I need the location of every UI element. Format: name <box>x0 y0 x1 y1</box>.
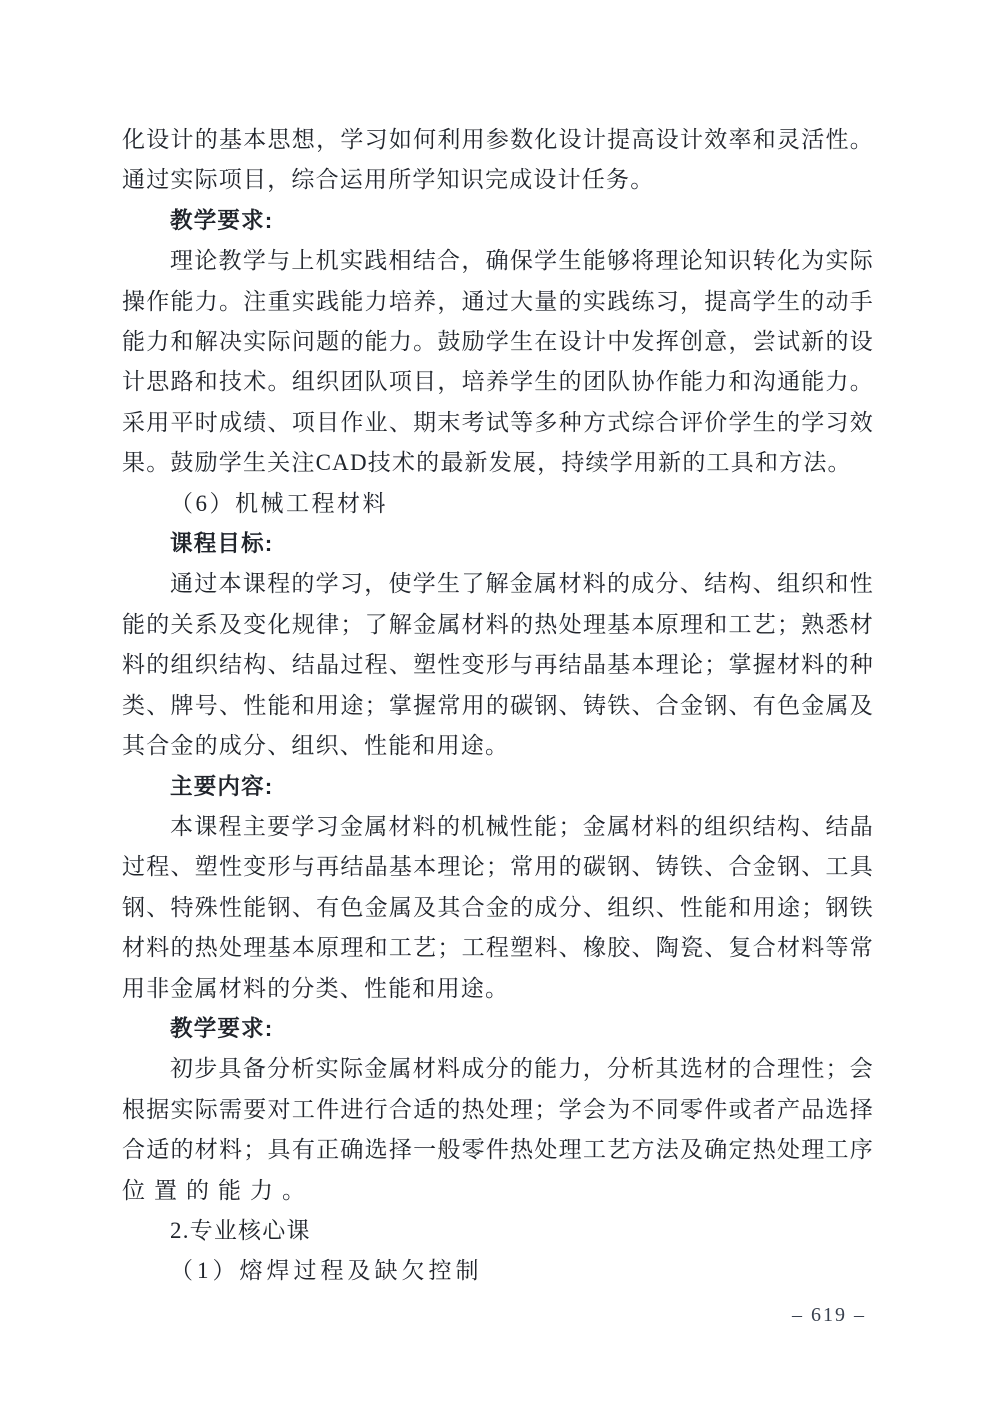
text-line: 通过本课程的学习，使学生了解金属材料的成分、结构、组织和性 <box>122 564 874 604</box>
text-line: 操作能力。注重实践能力培养，通过大量的实践练习，提高学生的动手 <box>122 282 874 322</box>
text-line: 本课程主要学习金属材料的机械性能；金属材料的组织结构、结晶 <box>122 807 874 847</box>
text-line: 材料的热处理基本原理和工艺；工程塑料、橡胶、陶瓷、复合材料等常 <box>122 928 874 968</box>
text-line: 化设计的基本思想，学习如何利用参数化设计提高设计效率和灵活性。 <box>122 120 874 160</box>
text-line: 通过实际项目，综合运用所学知识完成设计任务。 <box>122 160 874 200</box>
text-line: 初步具备分析实际金属材料成分的能力，分析其选材的合理性；会 <box>122 1049 874 1089</box>
text-line: 用非金属材料的分类、性能和用途。 <box>122 969 874 1009</box>
section-heading-line: 教学要求: <box>122 201 874 241</box>
text-line: 合适的材料；具有正确选择一般零件热处理工艺方法及确定热处理工序 <box>122 1130 874 1170</box>
page-number: – 619 – <box>792 1300 866 1330</box>
text-line: 能的关系及变化规律；了解金属材料的热处理基本原理和工艺；熟悉材 <box>122 605 874 645</box>
text-line: 类、牌号、性能和用途；掌握常用的碳钢、铸铁、合金钢、有色金属及 <box>122 686 874 726</box>
text-line: （1）熔焊过程及缺欠控制 <box>122 1251 874 1291</box>
text-line: 位置的能力。 <box>122 1171 874 1211</box>
text-line: 计思路和技术。组织团队项目，培养学生的团队协作能力和沟通能力。 <box>122 362 874 402</box>
text-line: 其合金的成分、组织、性能和用途。 <box>122 726 874 766</box>
text-line: 过程、塑性变形与再结晶基本理论；常用的碳钢、铸铁、合金钢、工具 <box>122 847 874 887</box>
section-heading-line: 主要内容: <box>122 767 874 807</box>
document-page: 化设计的基本思想，学习如何利用参数化设计提高设计效率和灵活性。通过实际项目，综合… <box>0 0 1000 1414</box>
text-line: 采用平时成绩、项目作业、期末考试等多种方式综合评价学生的学习效 <box>122 403 874 443</box>
text-line: 能力和解决实际问题的能力。鼓励学生在设计中发挥创意，尝试新的设 <box>122 322 874 362</box>
text-line: 理论教学与上机实践相结合，确保学生能够将理论知识转化为实际 <box>122 241 874 281</box>
text-line: （6）机械工程材料 <box>122 484 874 524</box>
text-line: 2.专业核心课 <box>122 1211 874 1251</box>
text-line: 果。鼓励学生关注CAD技术的最新发展，持续学用新的工具和方法。 <box>122 443 874 483</box>
text-block: 化设计的基本思想，学习如何利用参数化设计提高设计效率和灵活性。通过实际项目，综合… <box>122 120 874 1292</box>
text-line: 根据实际需要对工件进行合适的热处理；学会为不同零件或者产品选择 <box>122 1090 874 1130</box>
text-line: 钢、特殊性能钢、有色金属及其合金的成分、组织、性能和用途；钢铁 <box>122 888 874 928</box>
section-heading-line: 教学要求: <box>122 1009 874 1049</box>
section-heading-line: 课程目标: <box>122 524 874 564</box>
text-line: 料的组织结构、结晶过程、塑性变形与再结晶基本理论；掌握材料的种 <box>122 645 874 685</box>
